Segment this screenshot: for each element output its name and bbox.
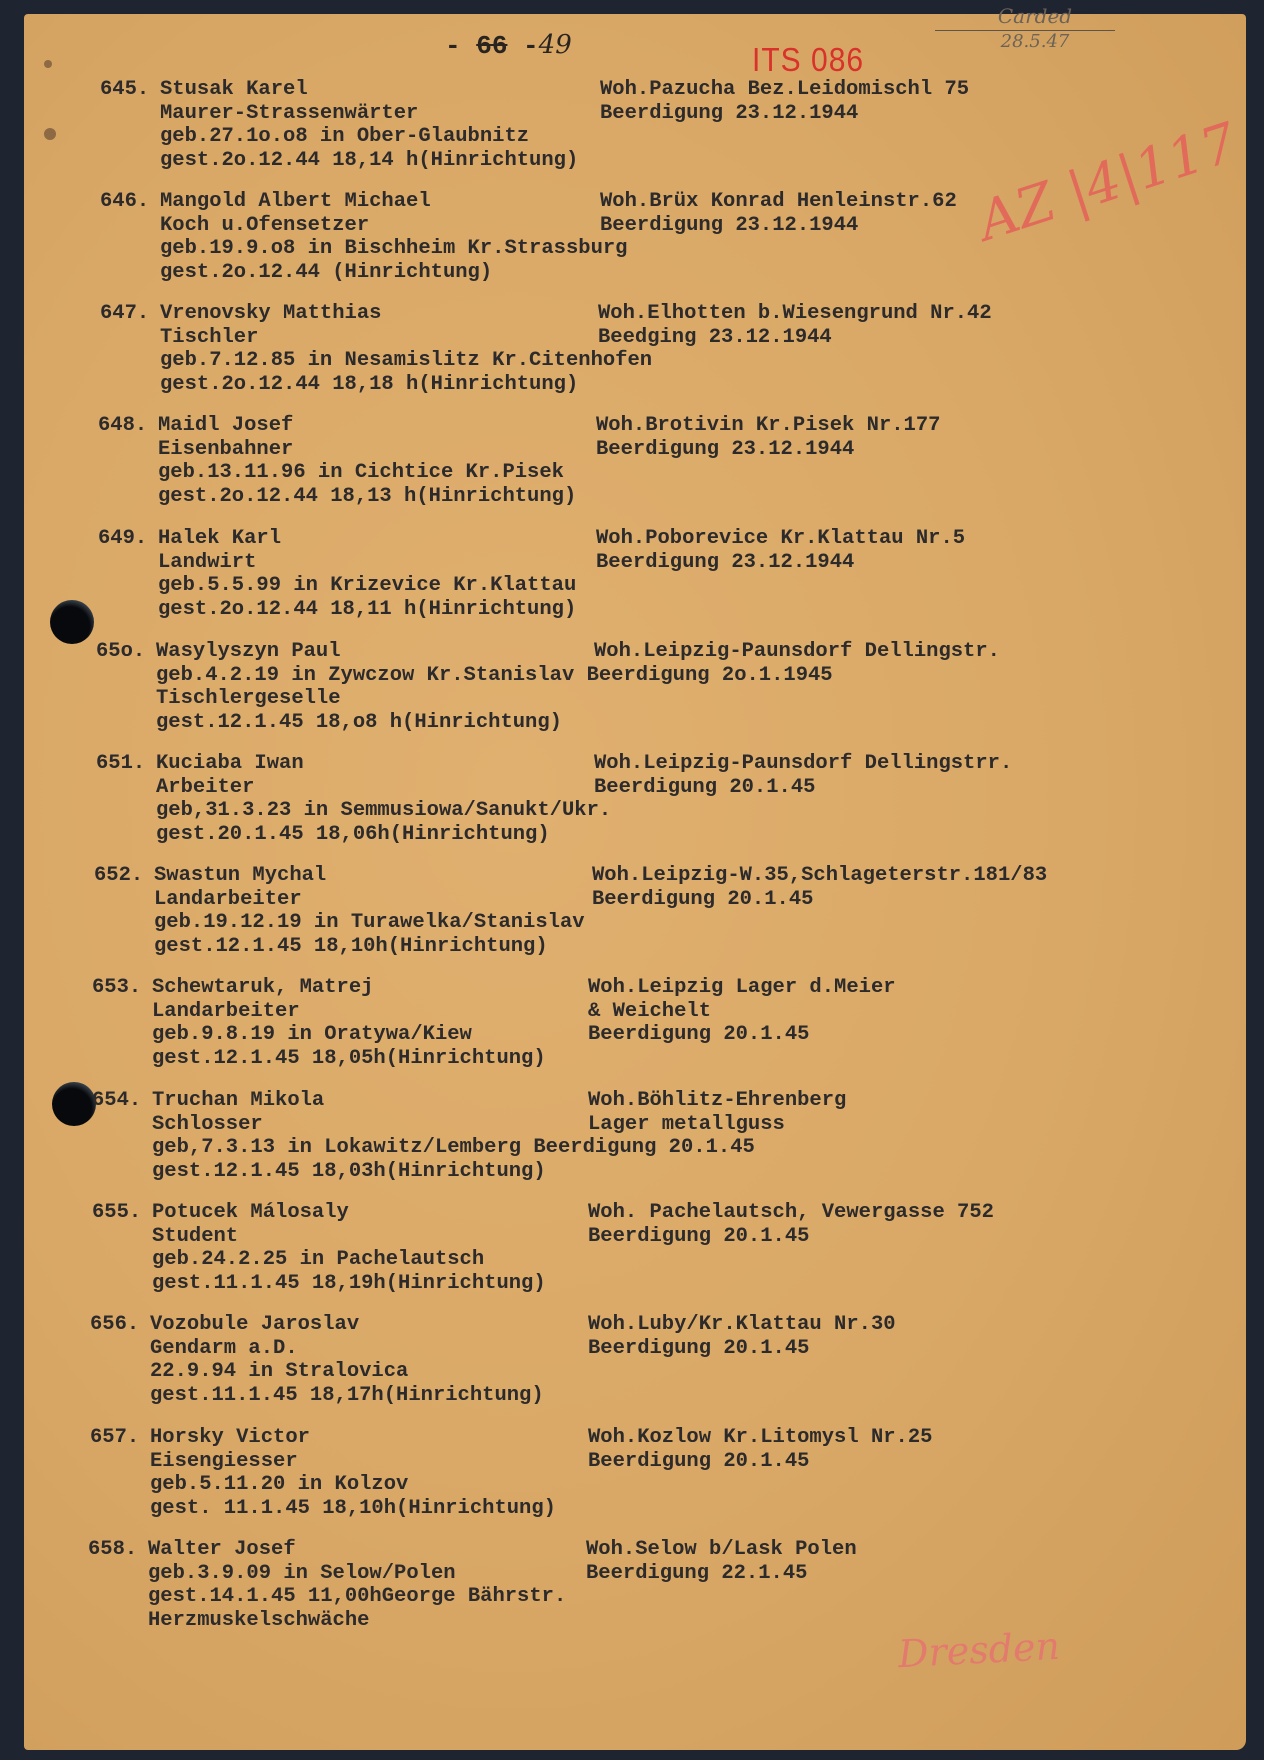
entry-right-line: Beerdigung 20.1.45 xyxy=(588,1023,896,1047)
entry-name: Vozobule Jaroslav xyxy=(150,1313,359,1336)
entry-heading: 652.Swastun Mychal xyxy=(94,864,585,888)
entry-heading: 649.Halek Karl xyxy=(98,527,576,551)
entry-number: 65o. xyxy=(96,640,156,664)
entry-heading: 656.Vozobule Jaroslav xyxy=(90,1313,544,1337)
entry-number: 645. xyxy=(100,78,160,102)
entry-details: 651.Kuciaba IwanArbeitergeb,31.3.23 in S… xyxy=(96,752,611,846)
entry-right-line: Beerdigung 20.1.45 xyxy=(594,776,1012,800)
entry-name: Potucek Málosaly xyxy=(152,1201,349,1224)
entry-right-line: Woh.Pazucha Bez.Leidomischl 75 xyxy=(600,78,969,102)
entry-number: 657. xyxy=(90,1426,150,1450)
entry-name: Wasylyszyn Paul xyxy=(156,640,341,663)
entry-residence-burial: Woh. Pachelautsch, Vewergasse 752Beerdig… xyxy=(588,1201,994,1248)
entry-details: 657.Horsky VictorEisengiessergeb.5.11.20… xyxy=(90,1426,556,1520)
entry-line: gest.2o.12.44 (Hinrichtung) xyxy=(100,261,627,285)
entry-line: geb.4.2.19 in Zywczow Kr.Stanislav Beerd… xyxy=(96,664,833,688)
entry-right-line: Beerdigung 23.12.1944 xyxy=(596,438,940,462)
entry-line: Landarbeiter xyxy=(92,1000,546,1024)
entry-line: Koch u.Ofensetzer xyxy=(100,214,627,238)
entry-residence-burial: Woh.Selow b/Lask PolenBeerdigung 22.1.45 xyxy=(586,1538,857,1585)
entry-line: Landarbeiter xyxy=(94,888,585,912)
entry-line: geb.24.2.25 in Pachelautsch xyxy=(92,1248,546,1272)
entry-line: gest.2o.12.44 18,14 h(Hinrichtung) xyxy=(100,149,578,173)
entry-number: 649. xyxy=(98,527,158,551)
entry-heading: 647.Vrenovsky Matthias xyxy=(100,302,652,326)
entry-number: 654. xyxy=(92,1089,152,1113)
entry-right-line: Beerdigung 23.12.1944 xyxy=(600,214,957,238)
entry-heading: 648.Maidl Josef xyxy=(98,414,576,438)
entry-line: gest.20.1.45 18,06h(Hinrichtung) xyxy=(96,823,611,847)
entry-right-line: Beerdigung 23.12.1944 xyxy=(596,551,965,575)
entry-line: Landwirt xyxy=(98,551,576,575)
entry-line: gest.2o.12.44 18,18 h(Hinrichtung) xyxy=(100,373,652,397)
entry-number: 655. xyxy=(92,1201,152,1225)
entry-right-line: Woh.Brüx Konrad Henleinstr.62 xyxy=(600,190,957,214)
page-number: - 66 -49 xyxy=(445,30,572,61)
entry-name: Swastun Mychal xyxy=(154,864,326,887)
entry-number: 648. xyxy=(98,414,158,438)
entry-line: Maurer-Strassenwärter xyxy=(100,102,578,126)
entry-residence-burial: Woh.Böhlitz-EhrenbergLager metallguss xyxy=(588,1089,846,1136)
entry-name: Kuciaba Iwan xyxy=(156,752,304,775)
entry-right-line: & Weichelt xyxy=(588,1000,896,1024)
entry-details: 653.Schewtaruk, MatrejLandarbeitergeb.9.… xyxy=(92,976,546,1070)
entry-number: 653. xyxy=(92,976,152,1000)
entry-name: Stusak Karel xyxy=(160,78,308,101)
entry-residence-burial: Woh.Brotivin Kr.Pisek Nr.177Beerdigung 2… xyxy=(596,414,940,461)
entry-right-line: Woh.Leipzig-W.35,Schlageterstr.181/83 xyxy=(592,864,1047,888)
entry-residence-burial: Woh.Poborevice Kr.Klattau Nr.5Beerdigung… xyxy=(596,527,965,574)
entry-right-line: Woh.Böhlitz-Ehrenberg xyxy=(588,1089,846,1113)
carded-note: Carded 28.5.47 xyxy=(955,4,1115,52)
entry-details: 645.Stusak KarelMaurer-Strassenwärtergeb… xyxy=(100,78,578,172)
entry-line: Eisengiesser xyxy=(90,1450,556,1474)
entry-heading: 658.Walter Josef xyxy=(88,1538,566,1562)
entry-residence-burial: Woh.Kozlow Kr.Litomysl Nr.25Beerdigung 2… xyxy=(588,1426,932,1473)
its-stamp: ITS 086 xyxy=(752,42,864,79)
entry-heading: 646.Mangold Albert Michael xyxy=(100,190,627,214)
punch-hole xyxy=(50,600,94,644)
entry-residence-burial: Woh.Leipzig-Paunsdorf Dellingstr. xyxy=(594,640,1000,664)
entry-details: 647.Vrenovsky MatthiasTischlergeb.7.12.8… xyxy=(100,302,652,396)
entry-line: Tischlergeselle xyxy=(96,687,833,711)
entry-number: 652. xyxy=(94,864,154,888)
entry-name: Vrenovsky Matthias xyxy=(160,302,381,325)
entry-line: Gendarm a.D. xyxy=(90,1337,544,1361)
entry-residence-burial: Woh.Leipzig Lager d.Meier& WeicheltBeerd… xyxy=(588,976,896,1047)
entry-right-line: Beerdigung 20.1.45 xyxy=(588,1450,932,1474)
entry-residence-burial: Woh.Luby/Kr.Klattau Nr.30Beerdigung 20.1… xyxy=(588,1313,896,1360)
entry-line: Student xyxy=(92,1225,546,1249)
entry-right-line: Woh.Luby/Kr.Klattau Nr.30 xyxy=(588,1313,896,1337)
entry-residence-burial: Woh.Leipzig-Paunsdorf Dellingstrr.Beerdi… xyxy=(594,752,1012,799)
entry-name: Truchan Mikola xyxy=(152,1089,324,1112)
entry-heading: 653.Schewtaruk, Matrej xyxy=(92,976,546,1000)
entry-line: geb.27.1o.o8 in Ober-Glaubnitz xyxy=(100,125,578,149)
entry-number: 646. xyxy=(100,190,160,214)
entry-right-line: Beerdigung 20.1.45 xyxy=(592,888,1047,912)
entry-right-line: Lager metallguss xyxy=(588,1113,846,1137)
entry-heading: 645.Stusak Karel xyxy=(100,78,578,102)
entry-details: 649.Halek KarlLandwirtgeb.5.5.99 in Kriz… xyxy=(98,527,576,621)
entry-right-line: Woh.Leipzig-Paunsdorf Dellingstr. xyxy=(594,640,1000,664)
entry-residence-burial: Woh.Elhotten b.Wiesengrund Nr.42Beedging… xyxy=(598,302,992,349)
entry-line: gest.11.1.45 18,17h(Hinrichtung) xyxy=(90,1384,544,1408)
entry-right-line: Beerdigung 23.12.1944 xyxy=(600,102,969,126)
entry-line: geb.9.8.19 in Oratywa/Kiew xyxy=(92,1023,546,1047)
entry-number: 658. xyxy=(88,1538,148,1562)
entry-line: geb.3.9.09 in Selow/Polen xyxy=(88,1562,566,1586)
entry-line: Eisenbahner xyxy=(98,438,576,462)
entry-details: 658.Walter Josefgeb.3.9.09 in Selow/Pole… xyxy=(88,1538,566,1632)
entry-right-line: Woh.Leipzig Lager d.Meier xyxy=(588,976,896,1000)
entry-residence-burial: Woh.Brüx Konrad Henleinstr.62Beerdigung … xyxy=(600,190,957,237)
page-number-struck: 66 xyxy=(476,31,507,61)
entry-details: 656.Vozobule JaroslavGendarm a.D.22.9.94… xyxy=(90,1313,544,1407)
entry-name: Maidl Josef xyxy=(158,414,293,437)
page-number-handwritten: 49 xyxy=(539,30,572,60)
entry-name: Schewtaruk, Matrej xyxy=(152,976,373,999)
entry-right-line: Woh. Pachelautsch, Vewergasse 752 xyxy=(588,1201,994,1225)
entry-details: 646.Mangold Albert MichaelKoch u.Ofenset… xyxy=(100,190,627,284)
entry-details: 648.Maidl JosefEisenbahnergeb.13.11.96 i… xyxy=(98,414,576,508)
entry-line: geb.5.5.99 in Krizevice Kr.Klattau xyxy=(98,574,576,598)
entry-right-line: Beerdigung 22.1.45 xyxy=(586,1562,857,1586)
entry-line: Tischler xyxy=(100,326,652,350)
entry-line: gest.12.1.45 18,o8 h(Hinrichtung) xyxy=(96,711,833,735)
entry-heading: 657.Horsky Victor xyxy=(90,1426,556,1450)
entry-number: 651. xyxy=(96,752,156,776)
entry-line: gest.12.1.45 18,05h(Hinrichtung) xyxy=(92,1047,546,1071)
entry-details: 655.Potucek MálosalyStudentgeb.24.2.25 i… xyxy=(92,1201,546,1295)
entry-line: geb,31.3.23 in Semmusiowa/Sanukt/Ukr. xyxy=(96,799,611,823)
entry-number: 656. xyxy=(90,1313,150,1337)
entry-right-line: Woh.Leipzig-Paunsdorf Dellingstrr. xyxy=(594,752,1012,776)
paper-spot xyxy=(44,128,56,140)
entry-line: gest.12.1.45 18,03h(Hinrichtung) xyxy=(92,1160,755,1184)
entry-line: geb.19.9.o8 in Bischheim Kr.Strassburg xyxy=(100,237,627,261)
entry-right-line: Beerdigung 20.1.45 xyxy=(588,1337,896,1361)
entry-right-line: Woh.Kozlow Kr.Litomysl Nr.25 xyxy=(588,1426,932,1450)
entry-line: 22.9.94 in Stralovica xyxy=(90,1360,544,1384)
entry-name: Halek Karl xyxy=(158,527,281,550)
entry-right-line: Woh.Selow b/Lask Polen xyxy=(586,1538,857,1562)
punch-hole xyxy=(52,1082,96,1126)
entry-name: Walter Josef xyxy=(148,1538,296,1561)
carded-label: Carded xyxy=(955,4,1115,28)
entry-line: Arbeiter xyxy=(96,776,611,800)
entry-line: geb.13.11.96 in Cichtice Kr.Pisek xyxy=(98,461,576,485)
entry-right-line: Woh.Elhotten b.Wiesengrund Nr.42 xyxy=(598,302,992,326)
entry-line: gest. 11.1.45 18,10h(Hinrichtung) xyxy=(90,1497,556,1521)
entry-line: geb,7.3.13 in Lokawitz/Lemberg Beerdigun… xyxy=(92,1136,755,1160)
entry-line: geb.5.11.20 in Kolzov xyxy=(90,1473,556,1497)
entry-line: gest.2o.12.44 18,11 h(Hinrichtung) xyxy=(98,598,576,622)
entry-right-line: Woh.Brotivin Kr.Pisek Nr.177 xyxy=(596,414,940,438)
entry-line: geb.7.12.85 in Nesamislitz Kr.Citenhofen xyxy=(100,349,652,373)
entry-right-line: Beerdigung 20.1.45 xyxy=(588,1225,994,1249)
entry-name: Horsky Victor xyxy=(150,1426,310,1449)
entry-line: gest.14.1.45 11,00hGeorge Bährstr. xyxy=(88,1585,566,1609)
entry-heading: 651.Kuciaba Iwan xyxy=(96,752,611,776)
entry-line: Herzmuskelschwäche xyxy=(88,1609,566,1633)
entry-heading: 655.Potucek Málosaly xyxy=(92,1201,546,1225)
entry-number: 647. xyxy=(100,302,160,326)
carded-date: 28.5.47 xyxy=(955,31,1115,52)
entry-line: gest.2o.12.44 18,13 h(Hinrichtung) xyxy=(98,485,576,509)
entry-line: gest.12.1.45 18,10h(Hinrichtung) xyxy=(94,935,585,959)
entry-line: gest.11.1.45 18,19h(Hinrichtung) xyxy=(92,1272,546,1296)
entry-line: geb.19.12.19 in Turawelka/Stanislav xyxy=(94,911,585,935)
entry-details: 652.Swastun MychalLandarbeitergeb.19.12.… xyxy=(94,864,585,958)
entry-name: Mangold Albert Michael xyxy=(160,190,431,213)
entry-right-line: Beedging 23.12.1944 xyxy=(598,326,992,350)
entry-right-line: Woh.Poborevice Kr.Klattau Nr.5 xyxy=(596,527,965,551)
paper-spot xyxy=(44,60,52,68)
entry-residence-burial: Woh.Leipzig-W.35,Schlageterstr.181/83Bee… xyxy=(592,864,1047,911)
footer-handwritten-note: Dresden xyxy=(897,1624,1061,1676)
entry-residence-burial: Woh.Pazucha Bez.Leidomischl 75Beerdigung… xyxy=(600,78,969,125)
